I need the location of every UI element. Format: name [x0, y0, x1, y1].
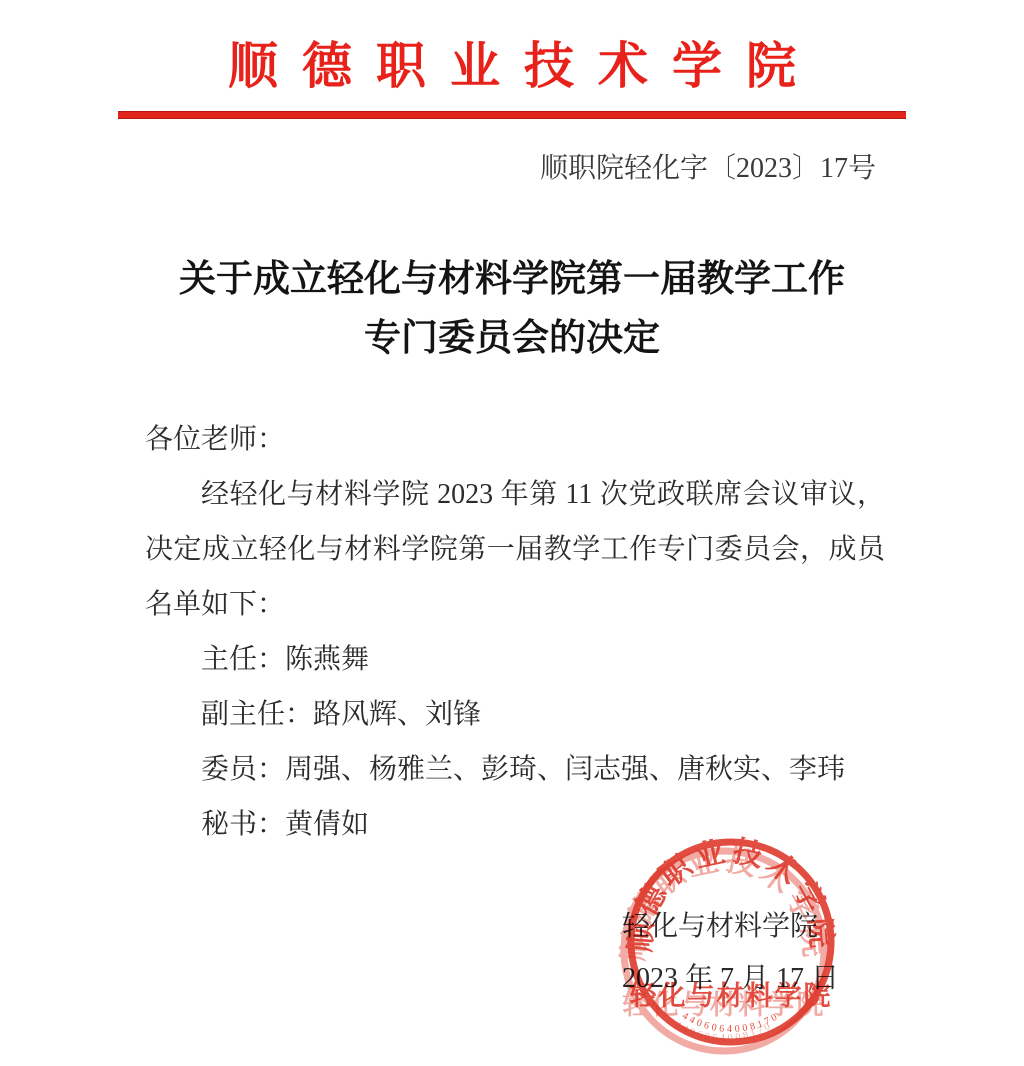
member-line-director: 主任：陈燕舞 [145, 632, 885, 687]
document-title-line1: 关于成立轻化与材料学院第一届教学工作 [0, 250, 1024, 309]
signoff-date: 2023 年 7 月 17 日 [622, 953, 839, 1005]
document-title: 关于成立轻化与材料学院第一届教学工作 专门委员会的决定 [0, 250, 1024, 368]
signoff-block: 轻化与材料学院 2023 年 7 月 17 日 [622, 901, 839, 1005]
document-title-line2: 专门委员会的决定 [0, 309, 1024, 368]
member-line-secretary: 秘书：黄倩如 [145, 797, 885, 852]
salutation: 各位老师： [145, 412, 885, 467]
signoff-department: 轻化与材料学院 [622, 901, 839, 953]
document-body: 各位老师： 经轻化与材料学院 2023 年第 11 次党政联席会议审议，决定成立… [145, 412, 885, 852]
member-line-committee: 委员：周强、杨雅兰、彭琦、闫志强、唐秋实、李玮 [145, 742, 885, 797]
header-rule [118, 111, 906, 119]
body-paragraph: 经轻化与材料学院 2023 年第 11 次党政联席会议审议，决定成立轻化与材料学… [145, 467, 885, 632]
institution-header: 顺德职业技术学院 [0, 26, 1024, 98]
document-number: 顺职院轻化字〔2023〕17号 [0, 146, 1024, 186]
member-line-deputy-director: 副主任：路风辉、刘锋 [145, 687, 885, 742]
document-page: 顺德职业技术学院 顺职院轻化字〔2023〕17号 关于成立轻化与材料学院第一届教… [0, 0, 1024, 1066]
